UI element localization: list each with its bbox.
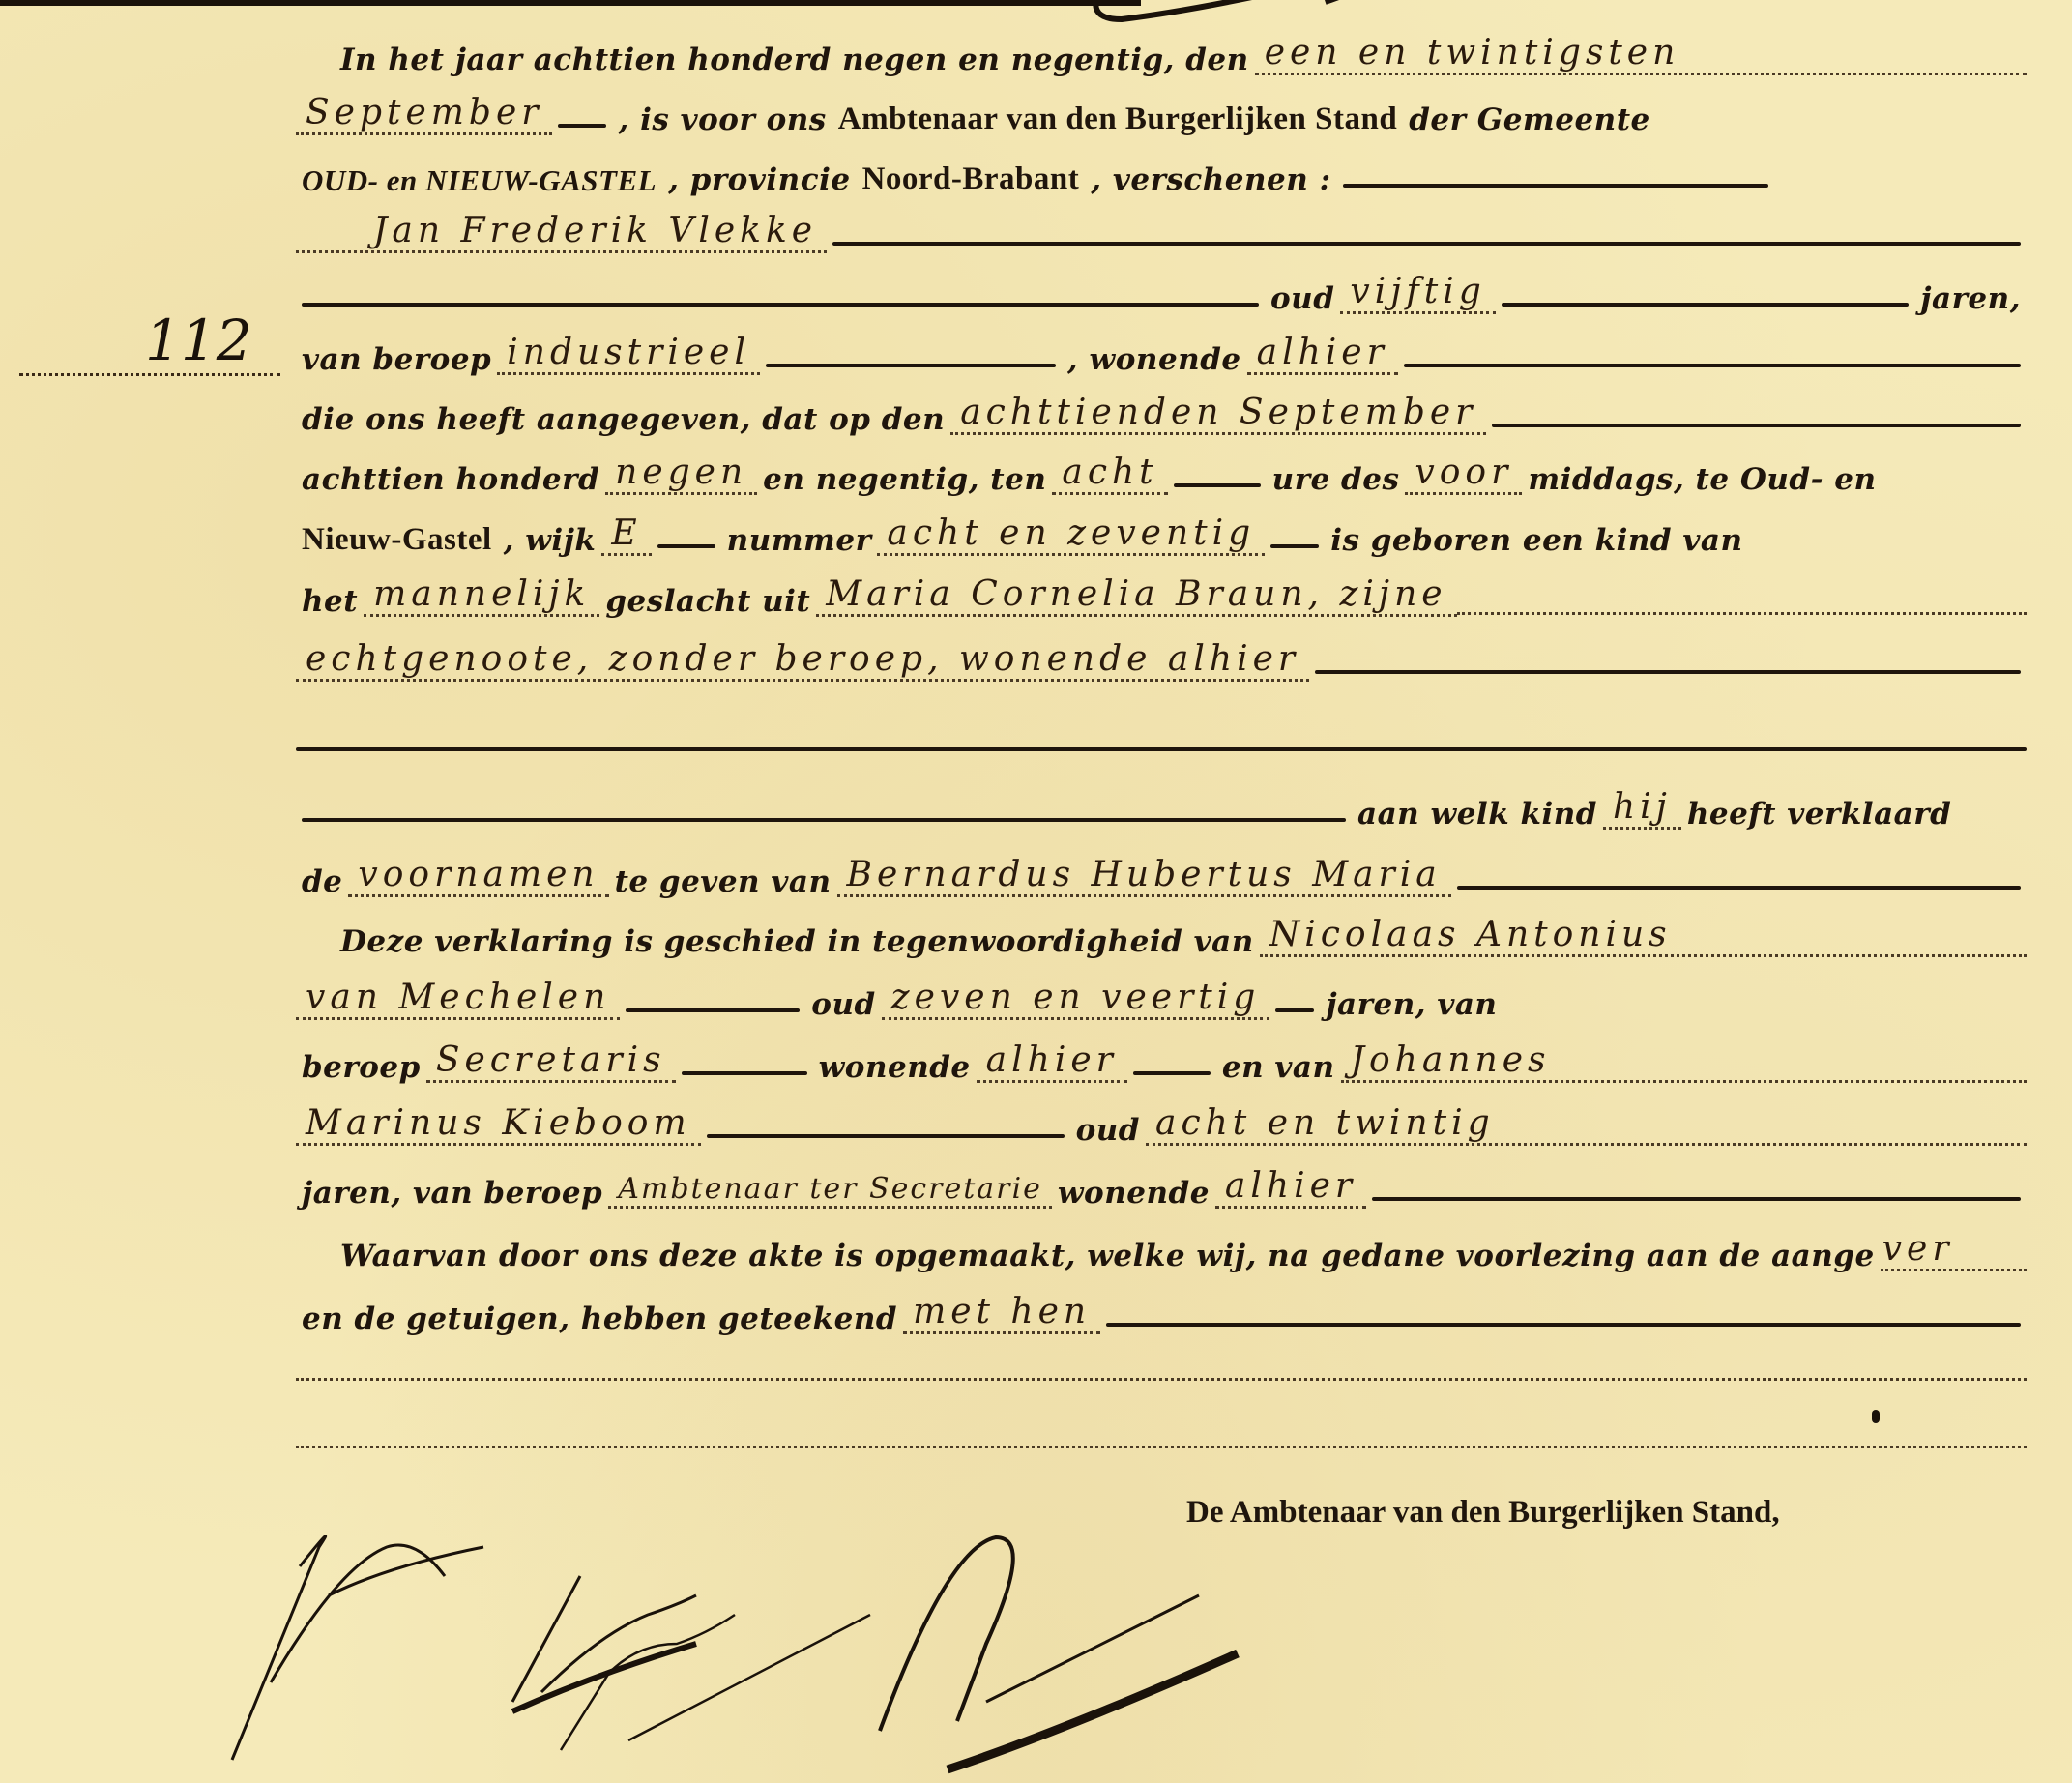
line-15: Deze verklaring is geschied in tegenwoor…	[335, 909, 2027, 957]
printed-text: Nieuw-Gastel	[296, 524, 498, 556]
line-21: en de getuigen, hebben geteekend met hen	[296, 1286, 2027, 1334]
printed-text: , wijk	[498, 526, 602, 556]
printed-text: te geven van	[609, 867, 837, 897]
line-9: Nieuw-Gastel , wijk E nummer acht en zev…	[296, 508, 2027, 556]
line-3: OUD- en NIEUW-GASTEL , provincie Noord-B…	[296, 147, 2027, 195]
handwritten-witness2-residence: alhier	[1215, 1169, 1366, 1209]
handwritten-occupation: industrieel	[497, 336, 760, 375]
printed-text: heeft verklaard	[1681, 800, 1957, 830]
signature-registrar-icon	[880, 1537, 1238, 1769]
printed-text: , verschenen :	[1085, 165, 1336, 195]
province-name: Noord-Brabant	[857, 163, 1086, 195]
fill-dash	[1343, 184, 1768, 188]
handwritten-witness1-residence: alhier	[977, 1043, 1127, 1083]
blank-dotted-rule	[296, 1378, 2027, 1381]
printed-text: jaren,	[1914, 284, 2027, 314]
handwritten-pronoun: hij	[1603, 790, 1681, 830]
printed-text: nummer	[721, 526, 878, 556]
handwritten-birth-year: negen	[605, 455, 757, 495]
fill-dash	[832, 242, 2021, 246]
printed-text: die ons heeft aangegeven, dat op den	[296, 405, 950, 435]
line-2: September , is voor ons Ambtenaar van de…	[296, 87, 2027, 135]
printed-text: beroep	[296, 1053, 426, 1083]
fill-dash	[1275, 1008, 1314, 1012]
handwritten-witness1-last: van Mechelen	[296, 980, 620, 1020]
line-4: Jan Frederik Vlekke	[296, 205, 2027, 253]
line-5: oud vijftig jaren,	[296, 266, 2027, 314]
printed-text: wonende	[813, 1053, 977, 1083]
fill-dash	[1404, 364, 2021, 367]
printed-text: , is voor ons	[612, 105, 832, 135]
fill-dash	[766, 364, 1056, 367]
printed-text: , provincie	[662, 165, 856, 195]
line-11: echtgenoote, zonder beroep, wonende alhi…	[296, 633, 2027, 682]
fill-dash	[1106, 1323, 2021, 1327]
handwritten-witness2-last: Marinus Kieboom	[296, 1106, 701, 1146]
fill-dash	[1174, 483, 1261, 487]
fill-dash	[707, 1134, 1065, 1138]
fill-dash	[1457, 886, 2021, 890]
line-8: achttien honderd negen en negentig, ten …	[296, 447, 2027, 495]
handwritten-witness1-occupation: Secretaris	[426, 1043, 676, 1083]
handwritten-day: een en twintigsten	[1255, 36, 2027, 75]
handwritten-declarant-name: Jan Frederik Vlekke	[296, 214, 827, 253]
printed-text: der Gemeente	[1403, 105, 1656, 135]
blank-rule	[296, 747, 2027, 751]
printed-text: achttien honderd	[296, 465, 605, 495]
printed-text: Ambtenaar van den Burgerlijken Stand	[832, 103, 1403, 135]
fill-dash	[302, 303, 1259, 307]
fill-dash	[626, 1008, 800, 1012]
line-7: die ons heeft aangegeven, dat op den ach…	[296, 387, 2027, 435]
handwritten-witness2-age: acht en twintig	[1146, 1106, 2027, 1146]
line-1: In het jaar achttien honderd negen en ne…	[335, 27, 2027, 75]
fill-dash	[682, 1071, 807, 1075]
printed-text: en negentig, ten	[757, 465, 1052, 495]
handwritten-wijk: E	[601, 516, 651, 556]
printed-text: geslacht uit	[599, 587, 816, 617]
handwritten-residence: alhier	[1247, 336, 1398, 375]
line-20: Waarvan door ons deze akte is opgemaakt,…	[335, 1223, 2027, 1271]
printed-text: ure des	[1267, 465, 1406, 495]
fill-dash	[1315, 670, 2021, 674]
line-17: beroep Secretaris wonende alhier en van …	[296, 1035, 2027, 1083]
register-number: 112	[19, 319, 280, 376]
handwritten-suffix: ver	[1881, 1232, 2027, 1271]
fill-dash	[657, 544, 715, 548]
handwritten-child-names: Bernardus Hubertus Maria	[837, 858, 1451, 897]
handwritten-am-pm: voor	[1405, 455, 1522, 495]
ink-dot	[1872, 1410, 1880, 1423]
printed-text: jaren, van	[1320, 990, 1503, 1020]
fill-dash	[302, 818, 1346, 822]
handwritten-mother-detail: echtgenoote, zonder beroep, wonende alhi…	[296, 642, 1309, 682]
signature-vlekke-icon	[232, 1536, 483, 1760]
fill-dash	[1502, 303, 1910, 307]
printed-text: is geboren een kind van	[1325, 526, 1748, 556]
printed-text: aan welk kind	[1352, 800, 1603, 830]
printed-text: middags, te Oud- en	[1522, 465, 1882, 495]
printed-text: oud	[1265, 284, 1340, 314]
line-10: het mannelijk geslacht uit Maria Corneli…	[296, 569, 2027, 617]
printed-text: wonende	[1052, 1179, 1215, 1209]
fill-dash	[1492, 424, 2021, 427]
fill-dash	[558, 124, 606, 128]
printed-text: , wonende	[1062, 345, 1247, 375]
line-19: jaren, van beroep Ambtenaar ter Secretar…	[296, 1160, 2027, 1209]
ink-flourish-icon	[1083, 0, 1392, 29]
blank-dotted-rule	[296, 1446, 2027, 1448]
handwritten-witness1-first: Nicolaas Antonius	[1260, 918, 2027, 957]
line-14: de voornamen te geven van Bernardus Hube…	[296, 849, 2027, 897]
fill-dash	[1372, 1197, 2021, 1201]
handwritten-birth-date: achttienden September	[950, 395, 1486, 435]
signatures-area	[193, 1508, 1934, 1783]
printed-text: oud	[805, 990, 881, 1020]
printed-text: jaren, van beroep	[296, 1179, 608, 1209]
handwritten-month: September	[296, 96, 552, 135]
handwritten-declarant-age: vijftig	[1340, 275, 1495, 314]
handwritten-witness1-age: zeven en veertig	[882, 980, 1270, 1020]
top-border-rule	[0, 0, 1141, 6]
printed-text: en de getuigen, hebben geteekend	[296, 1304, 903, 1334]
register-number-value: 112	[145, 307, 252, 373]
dotted-fill	[1457, 612, 2027, 615]
line-6: van beroep industrieel , wonende alhier	[296, 327, 2027, 375]
handwritten-mother-name: Maria Cornelia Braun, zijne	[816, 577, 1456, 617]
line-16: van Mechelen oud zeven en veertig jaren,…	[296, 972, 2027, 1020]
fill-dash	[1270, 544, 1319, 548]
printed-text: en van	[1216, 1053, 1341, 1083]
handwritten-birth-hour: acht	[1052, 455, 1167, 495]
printed-text: Waarvan door ons deze akte is opgemaakt,…	[335, 1242, 1881, 1271]
line-18: Marinus Kieboom oud acht en twintig	[296, 1097, 2027, 1146]
handwritten-witness2-occupation: Ambtenaar ter Secretarie	[608, 1175, 1052, 1209]
handwritten-house-number: acht en zeventig	[877, 516, 1265, 556]
printed-text: de	[296, 867, 348, 897]
printed-text: het	[296, 587, 364, 617]
printed-text: Deze verklaring is geschied in tegenwoor…	[335, 927, 1260, 957]
fill-dash	[1133, 1071, 1211, 1075]
handwritten-witness2-first: Johannes	[1341, 1043, 2027, 1083]
handwritten-with: met hen	[903, 1295, 1100, 1334]
municipality-name: OUD- en NIEUW-GASTEL	[296, 165, 662, 195]
handwritten-voornamen: voornamen	[348, 858, 608, 897]
handwritten-gender: mannelijk	[364, 577, 599, 617]
printed-text: oud	[1070, 1116, 1146, 1146]
line-13: aan welk kind hij heeft verklaard	[296, 781, 2027, 830]
printed-text: van beroep	[296, 345, 497, 375]
printed-text: In het jaar achttien honderd negen en ne…	[335, 45, 1255, 75]
